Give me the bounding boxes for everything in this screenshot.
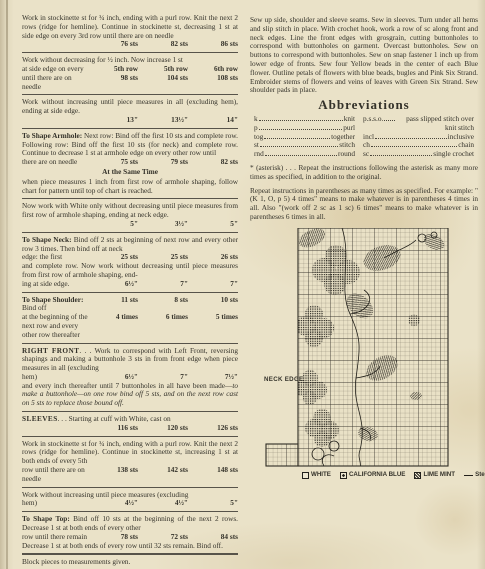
abbr-definition: pass slipped stitch over knit stitch	[396, 115, 474, 133]
legend-label: Stem	[475, 471, 485, 480]
pattern-chart-grid	[264, 228, 454, 468]
dot-leader	[375, 138, 447, 139]
left-column: Work in stockinette st for ¾ inch, endin…	[22, 11, 238, 569]
instruction-text: Work without increasing until piece meas…	[22, 98, 238, 116]
size-value: 98 sts	[88, 74, 138, 83]
legend-item-lime-mint: LIME MINT	[414, 471, 455, 480]
abbreviations-table: kknit ppurl togtogether ststitch rndroun…	[254, 115, 474, 159]
dot-leader	[384, 120, 395, 121]
legend-label: LIME MINT	[423, 471, 455, 480]
pattern-chart: NECK EDGE WHITE CALIFORNIA BLUE LIME MIN…	[250, 228, 478, 480]
dot-leader	[259, 129, 343, 130]
size-values-row: 116 sts 120 sts 126 sts	[22, 424, 238, 433]
section-length: Work without increasing until piece meas…	[22, 94, 238, 127]
size-value: 116 sts	[88, 424, 138, 433]
legend-label: WHITE	[311, 471, 331, 480]
size-value: 142 sts	[138, 466, 188, 475]
size-value: 4½"	[88, 499, 138, 508]
section-shape-neck: To Shape Neck: Bind off 2 sts at beginni…	[22, 232, 238, 292]
section-sleeves: SLEEVES. . . Starting at cuff with White…	[22, 411, 238, 436]
section-blocking: Block pieces to measurements given.	[22, 553, 238, 569]
abbr-definition: round	[338, 150, 355, 159]
size-values-row: 13" 13½" 14"	[22, 116, 238, 125]
size-value: 126 sts	[188, 424, 238, 433]
abbreviations-heading: Abbreviations	[250, 101, 478, 110]
white-square-icon	[302, 472, 309, 479]
section-hem-decrease: Work in stockinette st for ¾ inch, endin…	[22, 11, 238, 52]
size-value: 14"	[188, 116, 238, 125]
size-value: 5"	[88, 220, 138, 229]
asterisk-note: * (asterisk) . . . Repeat the instructio…	[250, 164, 478, 182]
fold-crease	[6, 0, 8, 569]
size-value: 3½"	[138, 220, 188, 229]
shape-shoulder-heading: To Shape Shoulder:	[22, 295, 83, 304]
shape-neck-heading: To Shape Neck:	[22, 235, 72, 244]
size-value: 10 sts	[188, 296, 238, 305]
instruction-text: and every inch thereafter until 7 button…	[22, 382, 238, 408]
instruction-text: and complete row. Now work without decre…	[22, 262, 238, 280]
dot-leader	[260, 146, 338, 147]
size-values-row: there are on needle 75 sts 79 sts 82 sts	[22, 158, 238, 167]
size-values-row: hem) 4½" 4½" 5"	[22, 499, 238, 508]
dot-leader	[264, 138, 330, 139]
paper-stain	[410, 480, 485, 560]
size-value: 108 sts	[188, 74, 238, 83]
instruction-text: To Shape Armhole: Next row: Bind off the…	[22, 132, 238, 158]
abbr-term: sc	[363, 150, 369, 159]
section-increase: Work without decreasing for ½ inch. Now …	[22, 52, 238, 94]
size-value: 79 sts	[138, 158, 188, 167]
abbreviations-right-column: p.s.s.o.pass slipped stitch over knit st…	[363, 115, 474, 159]
instruction-text: Work in stockinette st for ¾ inch, endin…	[22, 440, 238, 466]
same-time-heading: At the Same Time	[22, 168, 238, 177]
size-value: 7"	[188, 280, 238, 289]
size-values-row: until there are on needle 98 sts 104 sts…	[22, 74, 238, 92]
instruction-text: when piece measures 1 inch from first ro…	[22, 178, 238, 196]
pattern-page: Work in stockinette st for ¾ inch, endin…	[0, 0, 485, 569]
size-value: 8 sts	[138, 296, 188, 305]
size-value: 4½"	[138, 499, 188, 508]
section-sleeve-length: Work without increasing until piece meas…	[22, 487, 238, 512]
section-white-only: Now work with White only without decreas…	[22, 198, 238, 231]
instruction-text: until there are on needle	[22, 74, 88, 92]
size-value: 76 sts	[88, 40, 138, 49]
instruction-text: row until there are on needle	[22, 466, 88, 484]
abbr-row: rndround	[254, 150, 355, 159]
section-shape-top: To Shape Top: Bind off 10 sts at the beg…	[22, 511, 238, 553]
size-values-row: 5" 3½" 5"	[22, 220, 238, 229]
size-values-row: row until there are on needle 138 sts 14…	[22, 466, 238, 484]
instruction-text: Decrease 1 st at both ends of every row …	[22, 542, 238, 551]
stem-line-icon	[464, 475, 473, 476]
abbr-term: rnd	[254, 150, 264, 159]
instruction-text: at the beginning of the next row and eve…	[22, 313, 88, 339]
legend-item-white: WHITE	[302, 471, 331, 480]
neck-edge-label: NECK EDGE	[264, 376, 304, 385]
size-value: 120 sts	[138, 424, 188, 433]
size-value: 5"	[188, 220, 238, 229]
right-column: Sew up side, shoulder and sleeve seams. …	[250, 16, 478, 480]
size-value: 6½"	[88, 280, 138, 289]
instruction-text: Block pieces to measurements given.	[22, 558, 238, 567]
legend-label: CALIFORNIA BLUE	[349, 471, 406, 480]
size-value: 5 times	[188, 313, 238, 322]
abbr-term: p.s.s.o.	[363, 115, 383, 124]
dot-leader	[370, 155, 432, 156]
dot-leader	[259, 120, 343, 121]
size-value: 138 sts	[88, 466, 138, 475]
size-value: 148 sts	[188, 466, 238, 475]
instruction-text: there are on needle	[22, 158, 88, 167]
size-value: 13½"	[138, 116, 188, 125]
shape-top-heading: To Shape Top:	[22, 514, 70, 523]
size-values-row: at the beginning of the next row and eve…	[22, 313, 238, 339]
section-shape-shoulder: To Shape Shoulder: Bind off 11 sts 8 sts…	[22, 292, 238, 343]
shape-armhole-heading: To Shape Armhole:	[22, 131, 82, 140]
size-value: 82 sts	[138, 40, 188, 49]
section-shape-armhole: To Shape Armhole: Next row: Bind off the…	[22, 128, 238, 199]
dot-leader	[371, 146, 457, 147]
instruction-text: To Shape Shoulder: Bind off	[22, 296, 88, 314]
legend-item-stem: Stem	[464, 471, 485, 480]
size-value: 7"	[138, 280, 188, 289]
size-value: 4 times	[88, 313, 138, 322]
instruction-text: Now work with White only without decreas…	[22, 202, 238, 220]
legend-item-california-blue: CALIFORNIA BLUE	[340, 471, 406, 480]
instruction-text: To Shape Neck: Bind off 2 sts at beginni…	[22, 236, 238, 254]
dotted-square-icon	[340, 472, 347, 479]
size-value: 86 sts	[188, 40, 238, 49]
instruction-text: hem)	[22, 499, 88, 508]
dot-leader	[265, 155, 337, 156]
size-value: 13"	[88, 116, 138, 125]
abbr-row: p.s.s.o.pass slipped stitch over knit st…	[363, 115, 474, 133]
size-value: 6 times	[138, 313, 188, 322]
size-values-row: ing at side edge. 6½" 7" 7"	[22, 280, 238, 289]
finishing-paragraph: Sew up side, shoulder and sleeve seams. …	[250, 16, 478, 95]
size-value: 75 sts	[88, 158, 138, 167]
size-value: 5"	[188, 499, 238, 508]
abbr-row: kknit	[254, 115, 355, 124]
size-value: 82 sts	[188, 158, 238, 167]
instruction-text: Work in stockinette st for ¾ inch, endin…	[22, 14, 238, 40]
section-sleeve-body: Work in stockinette st for ¾ inch, endin…	[22, 436, 238, 487]
instruction-text: RIGHT FRONT. . . Work to correspond with…	[22, 347, 238, 373]
size-value: 11 sts	[88, 296, 138, 305]
size-values-row: 76 sts 82 sts 86 sts	[22, 40, 238, 49]
parentheses-note: Repeat instructions in parentheses as ma…	[250, 187, 478, 222]
size-value: 104 sts	[138, 74, 188, 83]
abbreviations-left-column: kknit ppurl togtogether ststitch rndroun…	[254, 115, 355, 159]
abbr-definition: single crochet	[433, 150, 474, 159]
sleeves-heading: SLEEVES	[22, 414, 58, 423]
abbr-row: scsingle crochet	[363, 150, 474, 159]
size-values-row: To Shape Shoulder: Bind off 11 sts 8 sts…	[22, 296, 238, 314]
instruction-text: To Shape Top: Bind off 10 sts at the beg…	[22, 515, 238, 533]
chart-legend: WHITE CALIFORNIA BLUE LIME MINT Stem	[302, 471, 485, 480]
instruction-text: ing at side edge.	[22, 280, 88, 289]
section-right-front: RIGHT FRONT. . . Work to correspond with…	[22, 343, 238, 412]
right-front-heading: RIGHT FRONT	[22, 346, 79, 355]
hatched-square-icon	[414, 472, 421, 479]
